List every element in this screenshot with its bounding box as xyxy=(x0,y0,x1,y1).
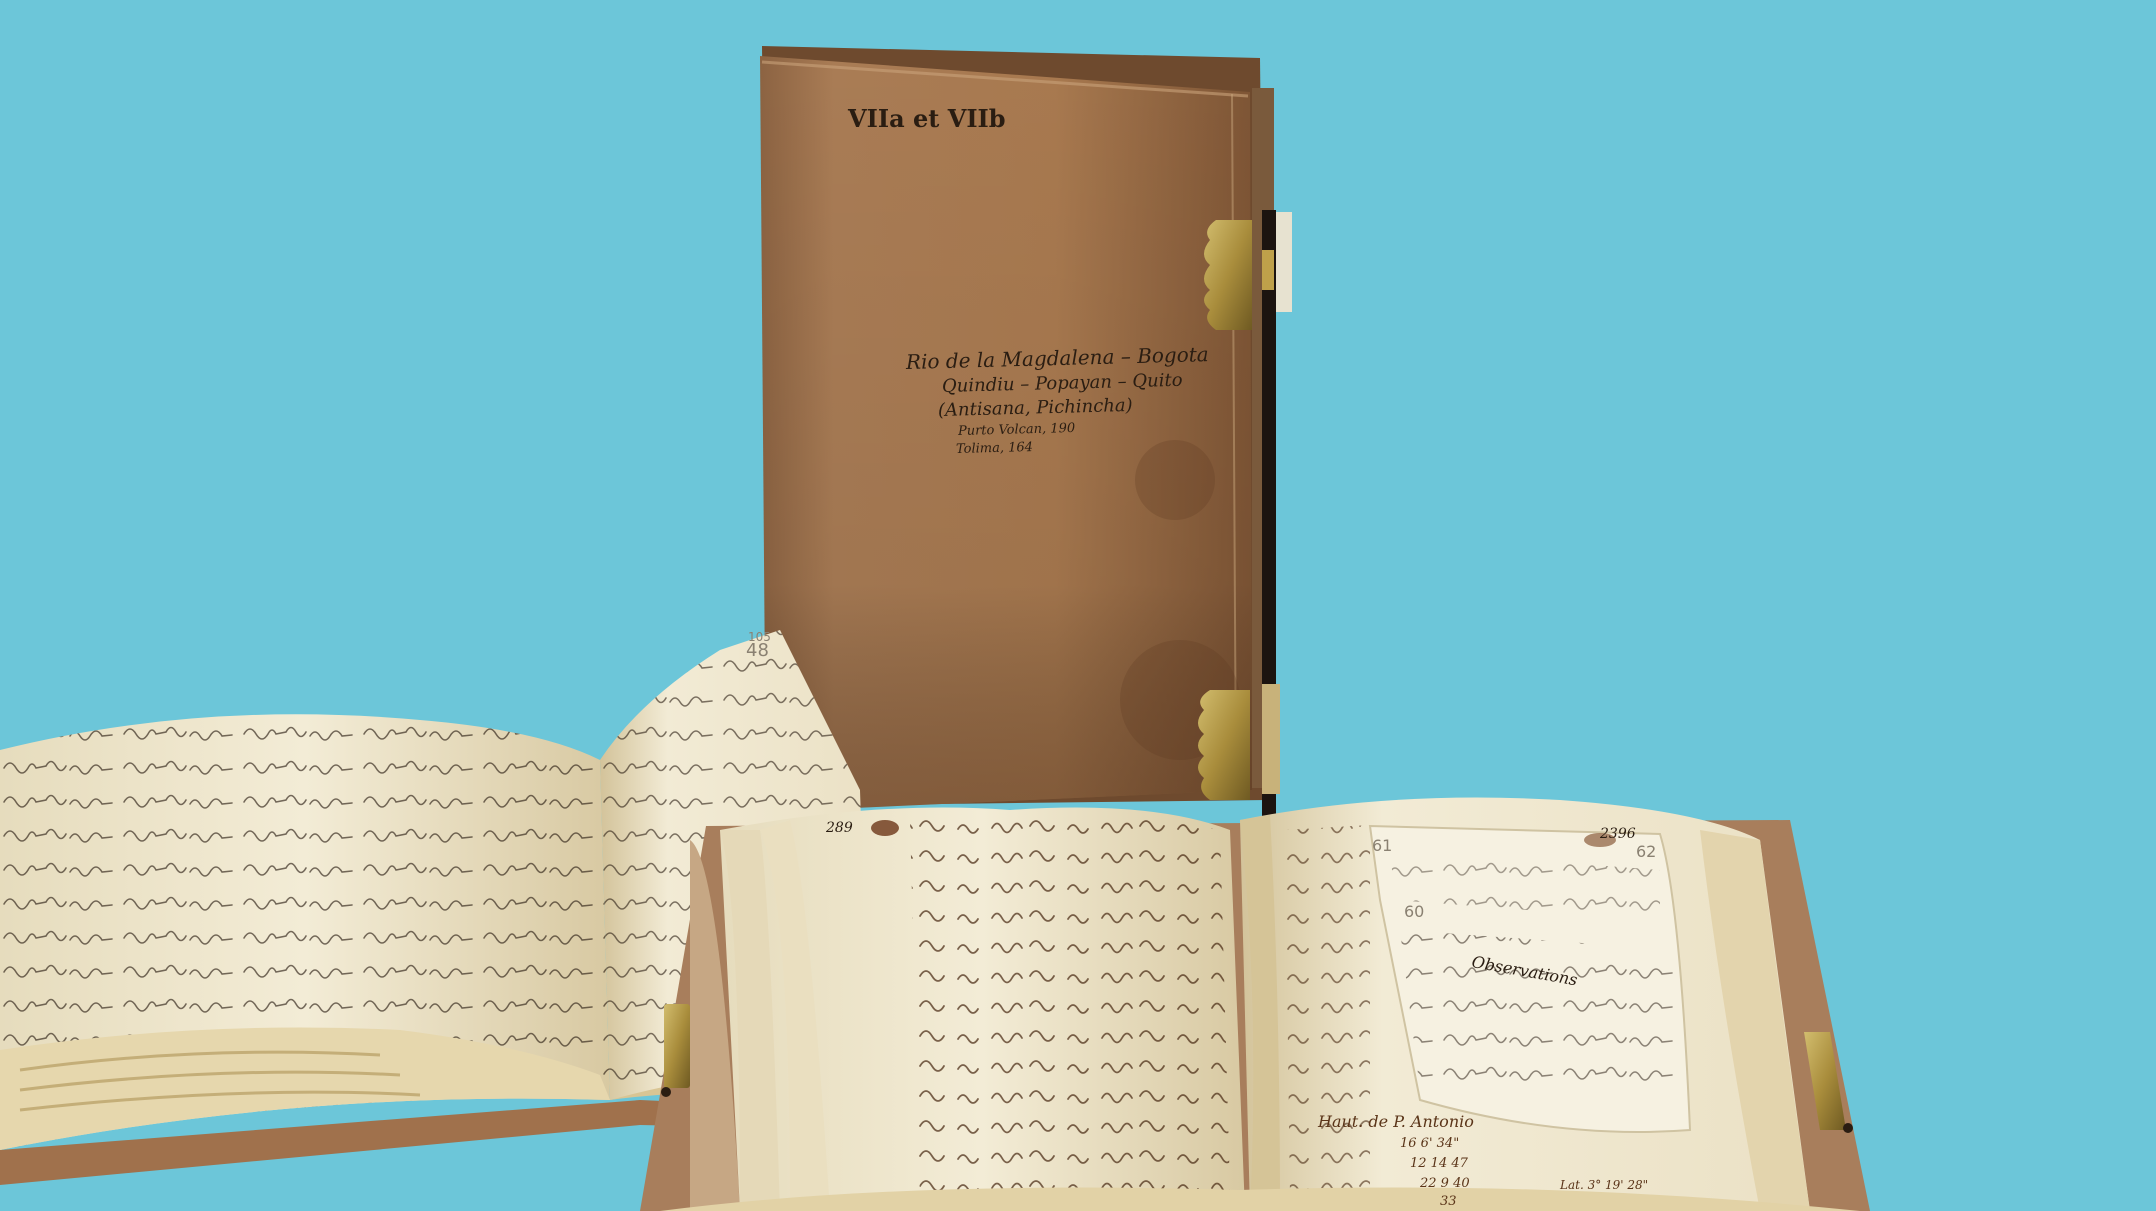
cover-label-line-4: Purto Volcan, 190 xyxy=(958,421,1076,439)
table-value-3: 22 9 40 xyxy=(1420,1176,1470,1191)
pencil-number-61: 61 xyxy=(1372,836,1392,855)
photo-scene: VIIa et VIIb Rio de la Magdalena – Bogot… xyxy=(0,0,2156,1211)
table-heading: Haut. de P. Antonio xyxy=(1318,1112,1474,1131)
lower-clasp-icon xyxy=(1198,684,1280,800)
left-book-pencil-page-number: 48 xyxy=(746,640,769,661)
front-open-book xyxy=(640,798,1870,1211)
latitude-note: Lat. 3° 19' 28" xyxy=(1560,1178,1648,1192)
cover-label-line-5: Tolima, 164 xyxy=(956,440,1033,457)
front-left-page-number: 289 xyxy=(826,820,853,836)
table-value-2: 12 14 47 xyxy=(1410,1156,1468,1171)
notebooks-illustration xyxy=(0,0,2156,1211)
table-value-6: 33 xyxy=(1440,1194,1457,1209)
pencil-number-60: 60 xyxy=(1404,902,1424,921)
front-left-clasp-icon xyxy=(661,1004,690,1097)
table-value-1: 16 6' 34" xyxy=(1400,1136,1459,1151)
front-right-page-number: 2396 xyxy=(1600,826,1636,842)
upper-clasp-icon xyxy=(1204,212,1292,330)
pencil-number-62: 62 xyxy=(1636,842,1656,861)
shelf-mark: VIIa et VIIb xyxy=(848,104,1006,133)
